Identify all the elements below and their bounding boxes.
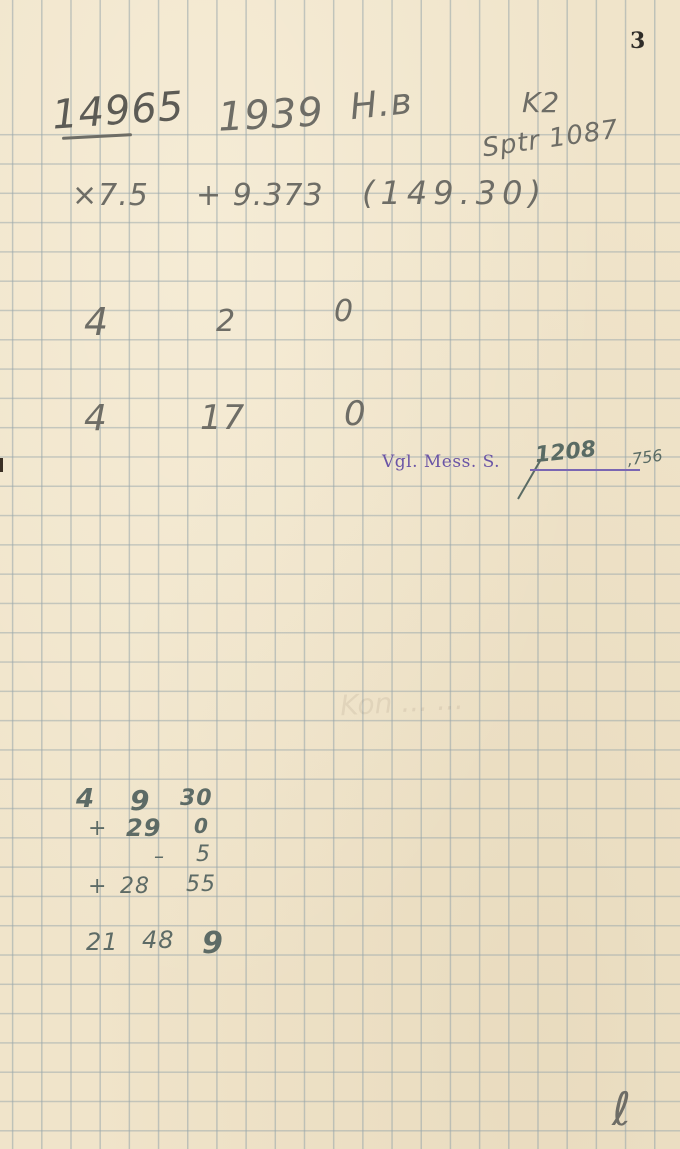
- initials: Н.в: [348, 81, 415, 128]
- row-1-col-c: 0: [334, 294, 354, 329]
- stamp-underline: [530, 469, 640, 471]
- footer-mark: ℓ: [612, 1082, 632, 1136]
- calc-line2-c: 0: [194, 814, 209, 838]
- calc-line1-c: 30: [180, 786, 213, 811]
- calc-line1-b: 9: [130, 784, 150, 817]
- row-1-col-b: 2: [216, 304, 236, 339]
- row-1-col-a: 4: [84, 300, 109, 344]
- row-2-col-b: 17: [200, 398, 245, 438]
- row-2-col-c: 0: [344, 394, 367, 434]
- formula-addend: + 9.373: [196, 178, 324, 213]
- calc-line5-c: 9: [202, 926, 224, 961]
- calc-line5-a: 21: [86, 928, 119, 956]
- calc-line2-b: 29: [126, 814, 161, 842]
- calc-line1-a: 4: [76, 784, 95, 814]
- year-note: 1939: [217, 89, 325, 140]
- grid-horizontal-lines: [0, 128, 680, 1149]
- reference-stamp: Vgl. Mess. S.: [382, 452, 500, 472]
- calc-line4-c: 55: [186, 872, 216, 897]
- formula-result: (149.30): [362, 174, 547, 212]
- notebook-page: 3 14965 1939 Н.в K2 Sptr 1087 ×7.5 + 9.3…: [0, 0, 680, 1149]
- calc-line3-op: –: [154, 844, 165, 868]
- formula-multiplier: ×7.5: [72, 178, 149, 213]
- calc-line3-c: 5: [196, 842, 211, 867]
- row-2-col-a: 4: [84, 398, 108, 439]
- calc-line2-op: +: [88, 816, 107, 841]
- calc-line4-b: 28: [120, 874, 150, 899]
- calc-line4-op: +: [88, 874, 107, 899]
- page-number: 3: [630, 28, 645, 54]
- show-through-text: Kon ... ...: [339, 683, 464, 722]
- calc-line5-b: 48: [142, 926, 175, 954]
- catalog-number: 14965: [51, 83, 186, 138]
- binding-edge-mark: [0, 458, 3, 472]
- k-label: K2: [522, 86, 560, 119]
